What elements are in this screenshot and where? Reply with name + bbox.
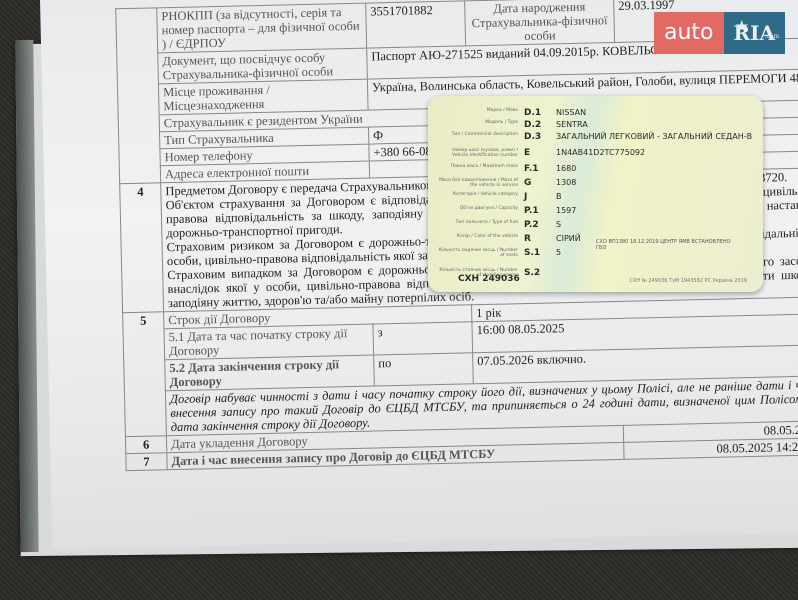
- card-field: Колір / Color of the vehicleRСІРИЙ: [428, 234, 763, 248]
- autoria-watermark: auto ★ RIA .com: [654, 12, 785, 54]
- card-field: Об'єм двигуна / CapacityP.11597: [428, 206, 763, 220]
- section-number: 5: [123, 312, 167, 437]
- section-number: 7: [126, 453, 167, 471]
- card-field: Тип / Commercial descriptionD.3ЗАГАЛЬНИЙ…: [428, 132, 763, 146]
- end-prep: по: [374, 353, 474, 386]
- card-field: Маса без навантаження / Mass of the vehi…: [428, 178, 763, 192]
- card-field: Категорія / Vehicle categoryJB: [428, 192, 763, 206]
- section-number: 6: [125, 436, 166, 454]
- card-field: Номер шасі (кузова, рами) / Vehicle iden…: [428, 148, 763, 162]
- card-field: Тип пального / Type of fuelP.2S: [428, 220, 763, 234]
- id-doc-label: Документ, що посвідчує особу Страхувальн…: [158, 48, 368, 84]
- vehicle-registration-card: СХО ВП1380 18.12.2019 ЦЕНТР ЯМВ ВСТАНОВЛ…: [428, 96, 763, 292]
- start-label: 5.1 Дата та час початку строку дії Догов…: [164, 324, 374, 360]
- tax-id-label: РНОКПП (за відсутності, серія та номер п…: [157, 3, 367, 53]
- watermark-ria: ★ RIA .com: [724, 12, 786, 54]
- star-icon: ★: [736, 10, 749, 44]
- section-number: 4: [120, 183, 164, 313]
- registry-date-value: 08.05.2025 14:29:26: [624, 438, 798, 460]
- card-field: Кількість сидячих місць / Number of seat…: [428, 248, 763, 262]
- end-label: 5.2 Дата закінчення строку дії Договору: [165, 355, 375, 391]
- address-label: Місце проживання / Місцезнаходження: [158, 79, 368, 115]
- tax-id-value: 3551701882: [366, 1, 466, 48]
- card-field: Повна маса / Maximum massF.11680: [428, 164, 763, 178]
- card-field: Кількість стоячих місць / Number of stan…: [428, 268, 763, 282]
- birth-date-label: Дата народження Страхувальника-фізичної …: [465, 0, 615, 46]
- start-prep: з: [373, 322, 473, 355]
- watermark-auto: auto: [654, 12, 724, 54]
